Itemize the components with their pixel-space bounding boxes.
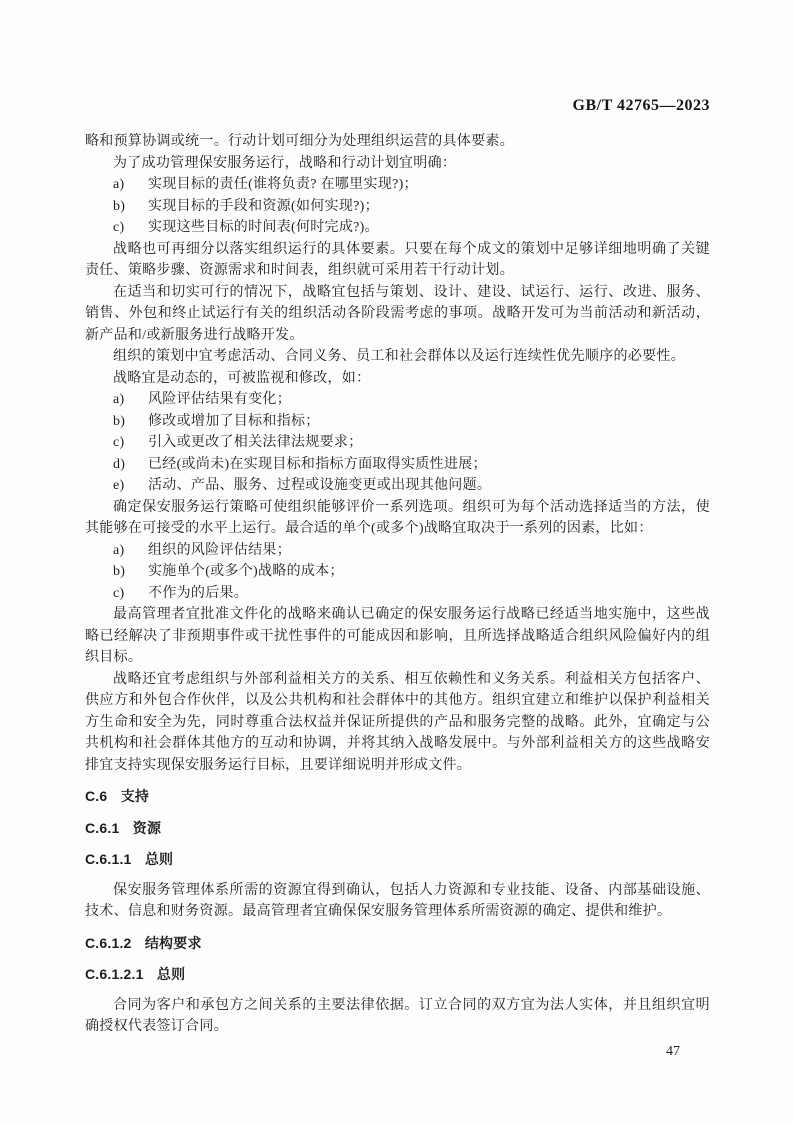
paragraph: 确定保安服务运行策略可使组织能够评价一系列选项。组织可为每个活动选择适当的方法，… — [85, 497, 710, 540]
list-item-marker: b) — [113, 196, 125, 218]
section-number: C.6.1 — [85, 820, 119, 836]
page-number: 47 — [666, 1044, 680, 1059]
section-heading: C.6.1.2.1总则 — [85, 964, 710, 986]
list-item-marker: a) — [113, 174, 124, 196]
page-header: GB/T 42765—2023 — [85, 97, 710, 114]
paragraph: 战略宜是动态的，可被监视和修改，如： — [85, 368, 710, 390]
document-body: 略和预算协调或统一。行动计划可细分为处理组织运营的具体要素。为了成功管理保安服务… — [85, 131, 710, 1038]
list-item-text: 实现目标的手段和资源(如何实现?)； — [148, 199, 379, 214]
list-item-text: 风险评估结果有变化； — [148, 392, 291, 407]
list-item-text: 实施单个(或多个)战略的成本； — [148, 564, 344, 579]
section-heading: C.6.1.2结构要求 — [85, 933, 710, 955]
list-item-marker: c) — [113, 583, 124, 605]
list-item-text: 引入或更改了相关法律法规要求； — [148, 435, 363, 450]
list-item: b)修改或增加了目标和指标； — [85, 411, 710, 433]
list-item-marker: b) — [113, 561, 125, 583]
section-number: C.6.1.2 — [85, 935, 132, 951]
section-heading: C.6.1.1总则 — [85, 849, 710, 871]
list-item: c)引入或更改了相关法律法规要求； — [85, 432, 710, 454]
section-title: 支持 — [121, 788, 149, 804]
section-title: 资源 — [133, 820, 161, 836]
list-item-text: 实现这些目标的时间表(何时完成?)。 — [148, 220, 379, 235]
paragraph: 战略也可再细分以落实组织运行的具体要素。只要在每个成文的策划中足够详细地明确了关… — [85, 239, 710, 282]
page-footer: 47 — [85, 1041, 710, 1062]
list-item: a)风险评估结果有变化； — [85, 389, 710, 411]
list-item-text: 已经(或尚未)在实现目标和指标方面取得实质性进展； — [148, 457, 487, 472]
paragraph: 在适当和切实可行的情况下，战略宜包括与策划、设计、建设、试运行、运行、改进、服务… — [85, 282, 710, 347]
list-item-text: 不作为的后果。 — [148, 586, 248, 601]
list-item-marker: a) — [113, 540, 124, 562]
paragraph: 为了成功管理保安服务运行，战略和行动计划宜明确： — [85, 153, 710, 175]
list-item-marker: d) — [113, 454, 125, 476]
paragraph: 战略还宜考虑组织与外部利益相关方的关系、相互依赖性和义务关系。利益相关方包括客户… — [85, 669, 710, 777]
list-item: a)实现目标的责任(谁将负责? 在哪里实现?)； — [85, 174, 710, 196]
list-item: b)实现目标的手段和资源(如何实现?)； — [85, 196, 710, 218]
list-item-text: 实现目标的责任(谁将负责? 在哪里实现?)； — [148, 177, 418, 192]
list-item: e)活动、产品、服务、过程或设施变更或出现其他问题。 — [85, 475, 710, 497]
section-title: 结构要求 — [145, 935, 202, 951]
list-item-text: 活动、产品、服务、过程或设施变更或出现其他问题。 — [148, 478, 491, 493]
list-item-text: 修改或增加了目标和指标； — [148, 414, 320, 429]
list-item: d)已经(或尚未)在实现目标和指标方面取得实质性进展； — [85, 454, 710, 476]
continuation-paragraph: 略和预算协调或统一。行动计划可细分为处理组织运营的具体要素。 — [85, 131, 710, 153]
section-number: C.6.1.1 — [85, 851, 132, 867]
list-item-marker: c) — [113, 217, 124, 239]
list-item-marker: c) — [113, 432, 124, 454]
list-item-text: 组织的风险评估结果； — [148, 543, 291, 558]
list-item: c)实现这些目标的时间表(何时完成?)。 — [85, 217, 710, 239]
standard-number: GB/T 42765—2023 — [573, 97, 710, 114]
paragraph: 合同为客户和承包方之间关系的主要法律依据。订立合同的双方宜为法人实体，并且组织宜… — [85, 995, 710, 1038]
list-item: c)不作为的后果。 — [85, 583, 710, 605]
section-heading: C.6支持 — [85, 786, 710, 808]
paragraph: 最高管理者宜批准文件化的战略来确认已确定的保安服务运行战略已经适当地实施中，这些… — [85, 604, 710, 669]
paragraph: 组织的策划中宜考虑活动、合同义务、员工和社会群体以及运行连续性优先顺序的必要性。 — [85, 346, 710, 368]
list-item-marker: b) — [113, 411, 125, 433]
section-number: C.6 — [85, 788, 107, 804]
section-title: 总则 — [157, 966, 185, 982]
list-item-marker: e) — [113, 475, 124, 497]
section-number: C.6.1.2.1 — [85, 966, 144, 982]
paragraph: 保安服务管理体系所需的资源宜得到确认，包括人力资源和专业技能、设备、内部基础设施… — [85, 880, 710, 923]
section-title: 总则 — [145, 851, 173, 867]
document-page: GB/T 42765—2023 略和预算协调或统一。行动计划可细分为处理组织运营… — [0, 0, 794, 1123]
section-heading: C.6.1资源 — [85, 818, 710, 840]
list-item: b)实施单个(或多个)战略的成本； — [85, 561, 710, 583]
list-item: a)组织的风险评估结果； — [85, 540, 710, 562]
list-item-marker: a) — [113, 389, 124, 411]
